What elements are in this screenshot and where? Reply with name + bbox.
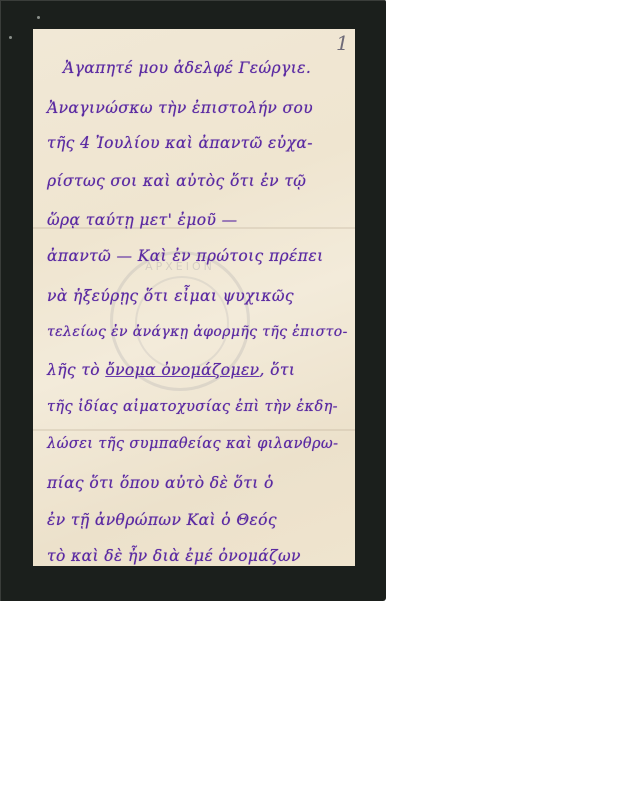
letter-line-2: Ἀναγινώσκω τὴν ἐπιστολήν σου [47, 99, 313, 117]
letter-line-10: τῆς ἰδίας αἰματοχυσίας ἐπὶ τὴν ἐκδη- [47, 399, 338, 415]
letter-paper: ΑΡΧΕΙΟΝ 1 Ἀγαπητέ μου ἀδελφέ Γεώργιε. Ἀν… [33, 29, 355, 566]
letter-line-4: ρίστως σοι καὶ αὐτὸς ὅτι ἐν τῷ [47, 172, 306, 190]
letter-line-13: ἐν τῇ ἀνθρώπων Καὶ ὁ Θεός [47, 511, 277, 529]
underlined-phrase: ὄνομα ὀνομάζομεν [105, 361, 259, 379]
letter-line-3: τῆς 4 Ἰουλίου καὶ ἀπαντῶ εὐχα- [47, 134, 313, 152]
letter-line-14: τὸ καὶ δὲ ἦν διὰ ἐμέ ὀνομάζων [47, 547, 301, 565]
letter-line-6: ἀπαντῶ — Καὶ ἐν πρώτοις πρέπει [47, 247, 324, 265]
speck [9, 36, 12, 39]
paper-fold [33, 429, 355, 431]
letter-line-8: τελείως ἐν ἀνάγκῃ ἀφορμῆς τῆς ἐπιστο- [47, 324, 348, 340]
speck [37, 16, 40, 19]
page-number: 1 [336, 31, 349, 55]
letter-line-11: λώσει τῆς συμπαθείας καὶ φιλανθρω- [47, 436, 338, 452]
letter-line-12: πίας ὅτι ὅπου αὐτὸ δὲ ὅτι ὁ [47, 474, 274, 492]
line-9-start: λῆς τὸ [47, 361, 105, 379]
letter-line-5: ὥρᾳ ταύτῃ μετ' ἐμοῦ — [47, 211, 238, 229]
letter-line-9: λῆς τὸ ὄνομα ὀνομάζομεν, ὅτι [47, 361, 295, 379]
letter-line-7: νὰ ἠξεύρῃς ὅτι εἶμαι ψυχικῶς [47, 287, 294, 305]
scanned-letter-page: ΑΡΧΕΙΟΝ 1 Ἀγαπητέ μου ἀδελφέ Γεώργιε. Ἀν… [0, 0, 618, 800]
mourning-border-card: ΑΡΧΕΙΟΝ 1 Ἀγαπητέ μου ἀδελφέ Γεώργιε. Ἀν… [0, 0, 386, 601]
line-9-end: , ὅτι [260, 361, 296, 379]
letter-line-1: Ἀγαπητέ μου ἀδελφέ Γεώργιε. [63, 59, 311, 77]
